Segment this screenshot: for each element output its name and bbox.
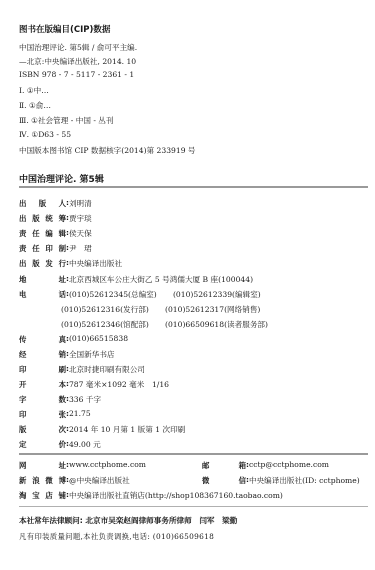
spec-row: 印 张: 21.75 bbox=[19, 409, 91, 420]
phone-row: (010)52612316(发行部) (010)52612317(网络销售) bbox=[61, 304, 260, 315]
wechat-value: 中央编译出版社(ID: cctphome) bbox=[249, 475, 360, 486]
copyright-page: 图书在版编目(CIP)数据 中国治理评论. 第5辑 / 俞可平主编. —北京:中… bbox=[0, 0, 375, 570]
spec-value: 2014 年 10 月第 1 版第 1 次印刷 bbox=[69, 424, 185, 435]
spec-label: 印 张 bbox=[19, 409, 66, 420]
legal-counsel: 本社常年法律顾问: 北京市吴栾赵阎律师事务所律师 闫军 梁勤 bbox=[19, 515, 237, 526]
phone-label: 电 话 bbox=[19, 289, 66, 300]
spec-row: 版 次: 2014 年 10 月第 1 版第 1 次印刷 bbox=[19, 424, 185, 435]
spec-row: 开 本: 787 毫米×1092 毫米 1/16 bbox=[19, 379, 169, 390]
cip-line: —北京:中央编译出版社, 2014. 10 bbox=[19, 56, 136, 67]
divider bbox=[19, 506, 368, 507]
taobao-row: 淘宝店铺: 中央编译出版社直销店(http://shop108367160.ta… bbox=[19, 490, 283, 501]
website-row: 网 址: www.cctphome.com bbox=[19, 460, 146, 471]
credit-row: 责任印制: 尹 珺 bbox=[19, 243, 92, 254]
weibo-row: 新浪微博: @中央编译出版社 bbox=[19, 475, 130, 486]
credit-label: 出 版 人 bbox=[19, 198, 66, 209]
cip-line: Ⅳ. ①D63 - 55 bbox=[19, 130, 71, 139]
phone-number: (010)52612316(发行部) bbox=[61, 304, 165, 315]
spec-label: 开 本 bbox=[19, 379, 66, 390]
book-title: 中国治理评论. 第5辑 bbox=[19, 172, 104, 185]
credit-value: 贾宇琰 bbox=[69, 213, 92, 224]
spec-label: 经 销 bbox=[19, 349, 66, 360]
credit-value: 刘明清 bbox=[69, 198, 92, 209]
email-link[interactable]: cctp@cctphome.com bbox=[249, 460, 329, 471]
credit-row: 出版统筹: 贾宇琰 bbox=[19, 213, 92, 224]
spec-label: 定 价 bbox=[19, 439, 66, 450]
address-value: 北京西城区车公庄大街乙 5 号鸿儒大厦 B 座(100044) bbox=[69, 274, 253, 285]
spec-value: (010)66515838 bbox=[69, 334, 128, 345]
quality-note: 凡有印装质量问题,本社负责调换,电话: (010)66509618 bbox=[19, 531, 214, 542]
email-row: 邮 箱: cctp@cctphome.com bbox=[202, 460, 329, 471]
spec-value: 21.75 bbox=[69, 409, 91, 420]
cip-line: Ⅰ. ①中… bbox=[19, 85, 49, 96]
cip-line: Ⅱ. ①俞… bbox=[19, 100, 51, 111]
credit-value: 侯天保 bbox=[69, 228, 92, 239]
address-row: 地 址: 北京西城区车公庄大街乙 5 号鸿儒大厦 B 座(100044) bbox=[19, 274, 253, 285]
phone-row: (010)52612346(馆配部) (010)66509618(读者服务部) bbox=[61, 319, 268, 330]
cip-line: Ⅲ. ①社会管理 - 中国 - 丛刊 bbox=[19, 115, 114, 126]
website-label: 网 址 bbox=[19, 460, 66, 471]
website-link[interactable]: www.cctphome.com bbox=[69, 460, 146, 471]
spec-value: 336 千字 bbox=[69, 394, 101, 405]
cip-title: 图书在版编目(CIP)数据 bbox=[19, 23, 110, 35]
spec-label: 传 真 bbox=[19, 334, 66, 345]
credit-label: 责任印制 bbox=[19, 243, 66, 254]
email-label: 邮 箱 bbox=[202, 460, 246, 471]
phone-number: (010)52612346(馆配部) bbox=[61, 319, 165, 330]
address-label: 地 址 bbox=[19, 274, 66, 285]
spec-value: 全国新华书店 bbox=[69, 349, 115, 360]
spec-label: 字 数 bbox=[19, 394, 66, 405]
taobao-link[interactable]: 中央编译出版社直销店(http://shop108367160.taobao.c… bbox=[69, 490, 283, 501]
spec-label: 版 次 bbox=[19, 424, 66, 435]
phone-number: (010)52612345(总编室) bbox=[69, 289, 173, 300]
spec-row: 传 真: (010)66515838 bbox=[19, 334, 128, 345]
cip-record-number: 中国版本图书馆 CIP 数据核字(2014)第 233919 号 bbox=[19, 145, 196, 156]
divider bbox=[19, 186, 368, 188]
credit-row: 出 版 人: 刘明清 bbox=[19, 198, 92, 209]
taobao-label: 淘宝店铺 bbox=[19, 490, 66, 501]
phone-number: (010)52612339(编辑室) bbox=[173, 289, 261, 300]
credit-row: 责任编辑: 侯天保 bbox=[19, 228, 92, 239]
spec-value: 北京时捷印刷有限公司 bbox=[69, 364, 145, 375]
cip-line: 中国治理评论. 第5辑 / 俞可平主编. bbox=[19, 42, 137, 53]
price-value: 49.00 元 bbox=[69, 439, 101, 450]
divider bbox=[19, 453, 368, 455]
weibo-label: 新浪微博 bbox=[19, 475, 66, 486]
credit-label: 出版统筹 bbox=[19, 213, 66, 224]
credit-row: 出版发行: 中央编译出版社 bbox=[19, 258, 122, 269]
spec-value: 787 毫米×1092 毫米 1/16 bbox=[69, 379, 169, 390]
phone-number: (010)66509618(读者服务部) bbox=[165, 319, 268, 330]
spec-row: 经 销: 全国新华书店 bbox=[19, 349, 115, 360]
credit-label: 出版发行 bbox=[19, 258, 66, 269]
cip-isbn: ISBN 978 - 7 - 5117 - 2361 - 1 bbox=[19, 70, 134, 79]
spec-row: 印 刷: 北京时捷印刷有限公司 bbox=[19, 364, 145, 375]
credit-value: 中央编译出版社 bbox=[69, 258, 122, 269]
weibo-value: @中央编译出版社 bbox=[69, 475, 130, 486]
wechat-label: 微 信 bbox=[202, 475, 246, 486]
credit-value: 尹 珺 bbox=[69, 243, 92, 254]
spec-row: 字 数: 336 千字 bbox=[19, 394, 101, 405]
phone-row: 电 话: (010)52612345(总编室) (010)52612339(编辑… bbox=[19, 289, 261, 300]
spec-label: 印 刷 bbox=[19, 364, 66, 375]
phone-number: (010)52612317(网络销售) bbox=[165, 304, 260, 315]
wechat-row: 微 信: 中央编译出版社(ID: cctphome) bbox=[202, 475, 360, 486]
spec-row: 定 价: 49.00 元 bbox=[19, 439, 101, 450]
credit-label: 责任编辑 bbox=[19, 228, 66, 239]
